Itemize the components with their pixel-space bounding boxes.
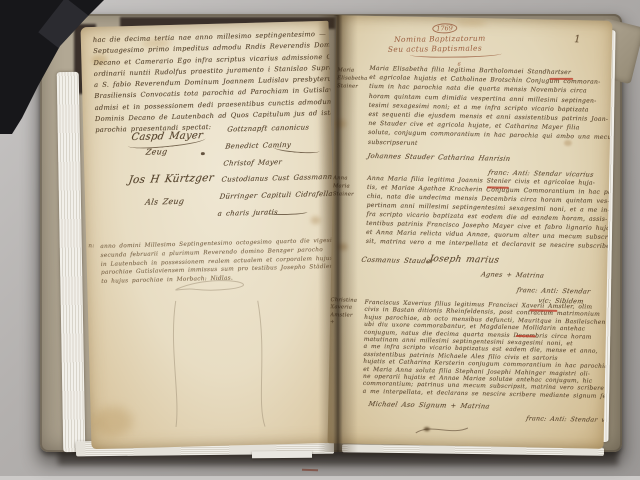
folio-number: 1 (574, 34, 581, 45)
year-oval-label: 1769 (432, 23, 457, 34)
witness-signature-2: Jos H Kürtzger (128, 172, 215, 186)
header-underline-flourish (410, 50, 502, 58)
ink-spot (201, 152, 205, 155)
bottom-light-strip (0, 476, 640, 480)
bleedthrough-sketch (147, 272, 291, 441)
entry3-closing-signatures: Michael Aso Signum + Matrina (368, 400, 491, 411)
left-page: hac die decima tertia nae anno millesimo… (81, 21, 340, 449)
red-paint-mark (302, 469, 318, 472)
entry2-matrina-mark: Agnes + Matrina (480, 270, 545, 279)
entry2-officiant-line1: franc: Anti: Stendar (516, 286, 591, 296)
entry2-witness-signature-2: Joseph marius (428, 254, 500, 265)
book-gutter-shadow (318, 15, 358, 452)
entry1-witness-signatures: Johannes Stauder Catharina Hanrisin (367, 152, 511, 163)
loose-page-slip (252, 451, 312, 459)
paper-stain (456, 20, 486, 27)
entry1-text: Maria Elisabetha filia legitima Bartholo… (368, 64, 610, 152)
entry3-text: Franciscus Xaverius filius legitimus Fra… (363, 300, 605, 401)
entry2-witness-signature-1: Cosmanus Stauder (361, 256, 435, 265)
register-title: Nomina Baptizatorum (394, 34, 486, 44)
photograph-stage: hac die decima tertia nae anno millesimo… (0, 0, 640, 480)
ink-flourish-smudge (412, 421, 472, 440)
witness-role-2: Als Zeug (144, 197, 184, 207)
entry3-officiant-signature: franc: Anti: Stendar vicarius (525, 415, 612, 424)
note-margin-mark: n: (88, 243, 94, 249)
red-underline-mark (549, 78, 573, 80)
right-page: 1769 Nomina Baptizatorum Seu actus Bapti… (328, 15, 613, 449)
paper-stain (92, 406, 133, 437)
entry2-text: Anna Maria filia legitima Joannis Stenie… (366, 174, 607, 251)
witness-role-1: Zeug (145, 147, 168, 157)
